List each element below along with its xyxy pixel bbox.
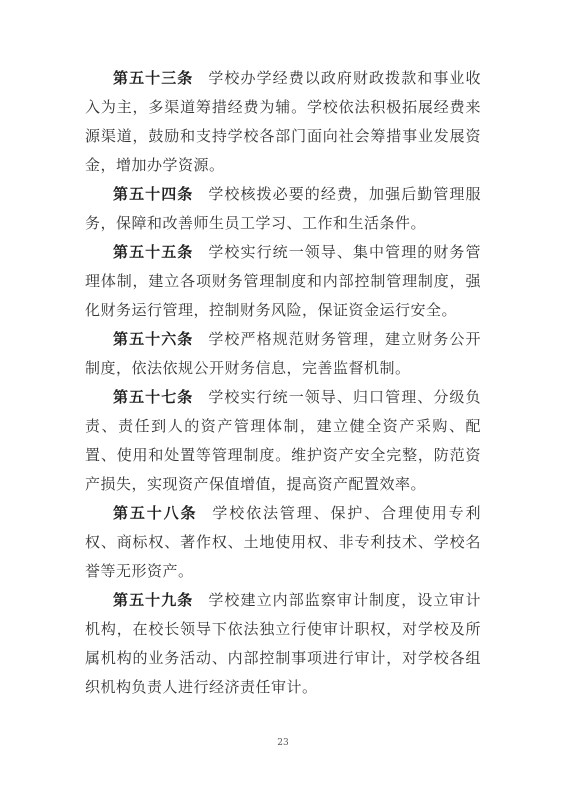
article-56: 第五十六条学校严格规范财务管理，建立财务公开制度，依法依规公开财务信息，完善监督…: [85, 325, 481, 383]
article-56-number: 第五十六条: [113, 330, 193, 348]
article-54-number: 第五十四条: [113, 185, 193, 203]
document-page: 第五十三条学校办学经费以政府财政拨款和事业收入为主，多渠道筹措经费为辅。学校依法…: [0, 0, 566, 800]
article-53-number: 第五十三条: [113, 69, 193, 87]
article-59: 第五十九条学校建立内部监察审计制度，设立审计机构，在校长领导下依法独立行使审计职…: [85, 586, 481, 702]
article-58-number: 第五十八条: [113, 504, 197, 522]
article-57: 第五十七条学校实行统一领导、归口管理、分级负责、责任到人的资产管理体制，建立健全…: [85, 383, 481, 499]
article-59-number: 第五十九条: [113, 591, 193, 609]
document-body: 第五十三条学校办学经费以政府财政拨款和事业收入为主，多渠道筹措经费为辅。学校依法…: [85, 64, 481, 702]
article-55-number: 第五十五条: [113, 243, 193, 261]
page-number: 23: [0, 737, 566, 749]
article-54: 第五十四条学校核拨必要的经费，加强后勤管理服务，保障和改善师生员工学习、工作和生…: [85, 180, 481, 238]
article-53: 第五十三条学校办学经费以政府财政拨款和事业收入为主，多渠道筹措经费为辅。学校依法…: [85, 64, 481, 180]
article-57-number: 第五十七条: [113, 388, 193, 406]
article-58: 第五十八条学校依法管理、保护、合理使用专利权、商标权、著作权、土地使用权、非专利…: [85, 499, 481, 586]
article-55: 第五十五条学校实行统一领导、集中管理的财务管理体制，建立各项财务管理制度和内部控…: [85, 238, 481, 325]
